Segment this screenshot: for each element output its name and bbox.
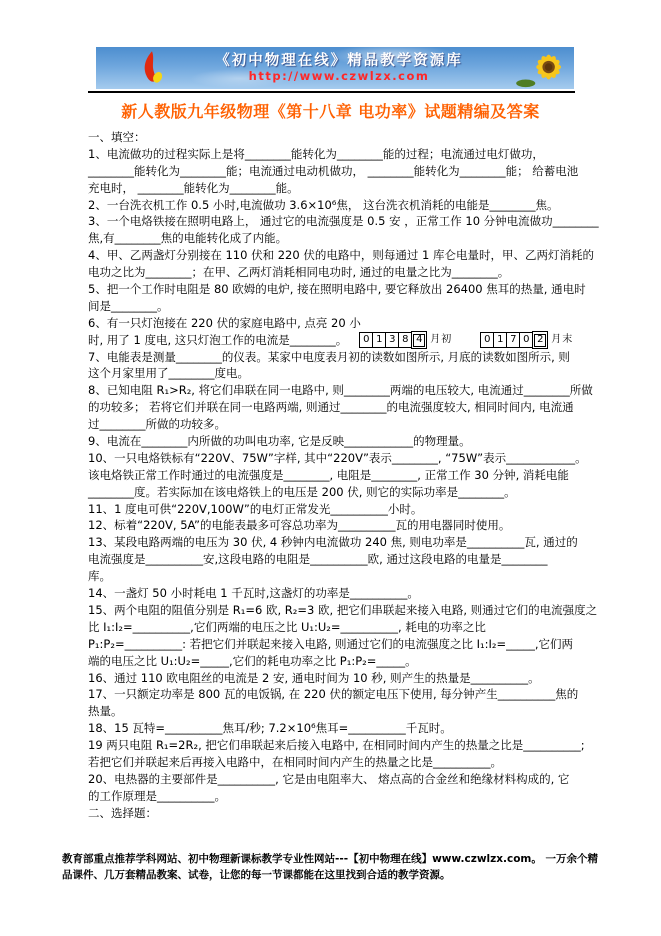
text-line: 13、某段电路两端的电压为 30 伏, 4 秒钟内电流做功 240 焦, 则电功… — [88, 534, 588, 551]
electric-meter-month-end: 01702月末 — [480, 331, 573, 349]
text-line: 3、一个电烙铁接在照明电路上， 通过它的电流强度是 0.5 安 ，正常工作 10… — [88, 213, 588, 230]
line-text: 的工作原理是__________。 — [88, 789, 226, 803]
line-text: 1、电流做功的过程实际上是将________能转化为________能的过程；电… — [88, 147, 544, 161]
meter-digit: 4 — [411, 331, 427, 349]
text-line: 14、一盏灯 50 小时耗电 1 千瓦时,这盏灯的功率是__________。 — [88, 585, 588, 602]
line-text: 19 两只电阻 R₁=2R₂, 把它们串联起来后接入电路中, 在相同时间内产生的… — [88, 738, 585, 752]
meter-label: 月初 — [430, 332, 452, 349]
line-text: 10、一只电烙铁标有“220V、75W”字样, 其中“220V”表示______… — [88, 451, 587, 465]
text-line: 18、15 瓦特=__________焦耳/秒; 7.2×10⁶焦耳=_____… — [88, 720, 588, 737]
text-line: 的功较多； 若将它们并联在同一电路两端, 则通过________的电流强度较大,… — [88, 399, 588, 416]
line-text: 18、15 瓦特=__________焦耳/秒; 7.2×10⁶焦耳=_____… — [88, 721, 452, 735]
line-text: 二、选择题： — [88, 806, 157, 820]
text-line: 二、选择题： — [88, 805, 588, 822]
line-text: 端的电压之比 U₁:U₂=_____,它们的耗电功率之比 P₁:P₂=_____… — [88, 654, 417, 668]
meter-digit: 2 — [532, 331, 548, 349]
text-line: 的工作原理是__________。 — [88, 788, 588, 805]
footer-promo-text: 教育部重点推荐学科网站、初中物理新课标教学专业性网站---【初中物理在线】www… — [62, 852, 602, 883]
line-text: 5、把一个工作时电阻是 80 欧姆的电炉, 接在照明电路中, 要它释放出 264… — [88, 282, 586, 296]
document-body: 一、填空：1、电流做功的过程实际上是将________能转化为________能… — [88, 129, 588, 822]
text-line: 16、通过 110 欧电阻丝的电流是 2 安, 通电时间为 10 秒, 则产生的… — [88, 670, 588, 687]
meter-digit: 1 — [372, 332, 386, 348]
text-line: 若把它们并联起来后再接入电路中，在相同时间内产生的热量之比是__________… — [88, 754, 588, 771]
meter-digit: 1 — [493, 332, 507, 348]
text-line: 17、一只额定功率是 800 瓦的电饭锅, 在 220 伏的额定电压下使用, 每… — [88, 686, 588, 703]
text-line: 19 两只电阻 R₁=2R₂, 把它们串联起来后接入电路中, 在相同时间内产生的… — [88, 737, 588, 754]
line-text: 13、某段电路两端的电压为 30 伏, 4 秒钟内电流做功 240 焦, 则电功… — [88, 535, 578, 549]
line-text: 电流强度是__________安,这段电路的电阻是__________欧, 通过… — [88, 552, 547, 566]
line-text: 这个月家里用了________度电。 — [88, 366, 249, 380]
line-text: ________能转化为________能；电流通过电动机做功， _______… — [88, 164, 578, 178]
line-text: 9、电流在________内所做的功叫电功率, 它是反映____________… — [88, 434, 471, 448]
text-line: 7、电能表是测量________的仪表。某家中电度表月初的读数如图所示, 月底的… — [88, 349, 588, 366]
meter-label: 月末 — [551, 332, 573, 349]
text-line: P₁:P₂=__________: 若把它们并联起来接入电路, 则通过它们的电流… — [88, 636, 588, 653]
meter-digit: 0 — [519, 332, 533, 348]
line-text: 14、一盏灯 50 小时耗电 1 千瓦时,这盏灯的功率是__________。 — [88, 586, 419, 600]
site-url: http://www.czwlzx.com — [166, 71, 512, 83]
meter-digit: 8 — [398, 332, 412, 348]
text-line: 12、标着“220V, 5A”的电能表最多可容总功率为__________瓦的用… — [88, 517, 588, 534]
line-text: 库。 — [88, 569, 111, 583]
text-line: 电功之比为________；在甲、乙两灯消耗相同电功时, 通过的电量之比为___… — [88, 264, 588, 281]
meter-digit: 3 — [385, 332, 399, 348]
text-line: 8、已知电阻 R₁>R₂, 将它们串联在同一电路中, 则________两端的电… — [88, 382, 588, 399]
text-line: 11、1 度电可供“220V,100W”的电灯正常发光__________小时。 — [88, 501, 588, 518]
line-text: 该电烙铁正常工作时通过的电流强度是________, 电阻是________, … — [88, 468, 569, 482]
text-line: 2、一台洗衣机工作 0.5 小时,电流做功 3.6×10⁶焦， 这台洗衣机消耗的… — [88, 197, 588, 214]
line-text: 17、一只额定功率是 800 瓦的电饭锅, 在 220 伏的额定电压下使用, 每… — [88, 687, 578, 701]
site-logo-icon — [138, 50, 166, 86]
text-line: 10、一只电烙铁标有“220V、75W”字样, 其中“220V”表示______… — [88, 450, 588, 467]
text-line: ________度。若实际加在该电烙铁上的电压是 200 伏, 则它的实际功率是… — [88, 484, 588, 501]
line-text: 时, 用了 1 度电, 这只灯泡工作的电流是________。 — [88, 332, 347, 349]
sunflower-icon — [512, 47, 570, 89]
text-line: 过________所做的功较多。 — [88, 416, 588, 433]
line-text: 过________所做的功较多。 — [88, 417, 226, 431]
line-text: 15、两个电阻的阻值分别是 R₁=6 欧, R₂=3 欧, 把它们串联起来接入电… — [88, 603, 597, 617]
text-line: 比 I₁:I₂=__________,它们两端的电压之比 U₁:U₂=_____… — [88, 619, 588, 636]
text-line: 这个月家里用了________度电。 — [88, 365, 588, 382]
banner-text-block: 《初中物理在线》精品教学资源库 http://www.czwlzx.com — [166, 54, 512, 83]
electric-meter-month-start: 01384月初 — [359, 331, 452, 349]
text-line: 该电烙铁正常工作时通过的电流强度是________, 电阻是________, … — [88, 467, 588, 484]
line-text: P₁:P₂=__________: 若把它们并联起来接入电路, 则通过它们的电流… — [88, 637, 573, 651]
line-text: 充电时， ________能转化为________能。 — [88, 181, 299, 195]
meter-digit: 7 — [506, 332, 520, 348]
text-line: 库。 — [88, 568, 588, 585]
text-line: 6、有一只灯泡接在 220 伏的家庭电路中, 点亮 20 小 — [88, 315, 588, 332]
line-text: 比 I₁:I₂=__________,它们两端的电压之比 U₁:U₂=_____… — [88, 620, 486, 634]
line-text: 3、一个电烙铁接在照明电路上， 通过它的电流强度是 0.5 安 ，正常工作 10… — [88, 214, 599, 228]
site-banner: 《初中物理在线》精品教学资源库 http://www.czwlzx.com — [96, 47, 574, 89]
text-line: 9、电流在________内所做的功叫电功率, 它是反映____________… — [88, 433, 588, 450]
line-text: 16、通过 110 欧电阻丝的电流是 2 安, 通电时间为 10 秒, 则产生的… — [88, 671, 540, 685]
question-line-with-meters: 时, 用了 1 度电, 这只灯泡工作的电流是________。01384月初01… — [88, 332, 588, 349]
line-text: 4、甲、乙两盏灯分别接在 110 伏和 220 伏的电路中，则每通过 1 库仑电… — [88, 248, 594, 262]
text-line: 充电时， ________能转化为________能。 — [88, 180, 588, 197]
line-text: 2、一台洗衣机工作 0.5 小时,电流做功 3.6×10⁶焦， 这台洗衣机消耗的… — [88, 198, 559, 212]
meter-digit: 0 — [359, 332, 373, 348]
document-page: 《初中物理在线》精品教学资源库 http://www.czwlzx.com 新人… — [0, 0, 661, 936]
text-line: 端的电压之比 U₁:U₂=_____,它们的耗电功率之比 P₁:P₂=_____… — [88, 653, 588, 670]
line-text: 11、1 度电可供“220V,100W”的电灯正常发光__________小时。 — [88, 502, 422, 516]
text-line: 电流强度是__________安,这段电路的电阻是__________欧, 通过… — [88, 551, 588, 568]
line-text: 热量。 — [88, 704, 123, 718]
line-text: 20、电热器的主要部件是__________, 它是由电阻率大、 熔点高的合金丝… — [88, 772, 569, 786]
line-text: 12、标着“220V, 5A”的电能表最多可容总功率为__________瓦的用… — [88, 518, 510, 532]
text-line: ________能转化为________能；电流通过电动机做功， _______… — [88, 163, 588, 180]
line-text: 间是________。 — [88, 299, 169, 313]
line-text: 焦,有________焦的电能转化成了内能。 — [88, 231, 287, 245]
text-line: 5、把一个工作时电阻是 80 欧姆的电炉, 接在照明电路中, 要它释放出 264… — [88, 281, 588, 298]
text-line: 热量。 — [88, 703, 588, 720]
text-line: 1、电流做功的过程实际上是将________能转化为________能的过程；电… — [88, 146, 588, 163]
meter-digit: 0 — [480, 332, 494, 348]
text-line: 4、甲、乙两盏灯分别接在 110 伏和 220 伏的电路中，则每通过 1 库仑电… — [88, 247, 588, 264]
line-text: 6、有一只灯泡接在 220 伏的家庭电路中, 点亮 20 小 — [88, 316, 361, 330]
line-text: ________度。若实际加在该电烙铁上的电压是 200 伏, 则它的实际功率是… — [88, 485, 516, 499]
site-title: 《初中物理在线》精品教学资源库 — [166, 54, 512, 69]
text-line: 间是________。 — [88, 298, 588, 315]
page-title: 新人教版九年级物理《第十八章 电功率》试题精编及答案 — [0, 99, 661, 122]
text-line: 20、电热器的主要部件是__________, 它是由电阻率大、 熔点高的合金丝… — [88, 771, 588, 788]
line-text: 若把它们并联起来后再接入电路中，在相同时间内产生的热量之比是__________… — [88, 755, 502, 769]
text-line: 15、两个电阻的阻值分别是 R₁=6 欧, R₂=3 欧, 把它们串联起来接入电… — [88, 602, 588, 619]
line-text: 电功之比为________；在甲、乙两灯消耗相同电功时, 通过的电量之比为___… — [88, 265, 509, 279]
line-text: 7、电能表是测量________的仪表。某家中电度表月初的读数如图所示, 月底的… — [88, 350, 570, 364]
line-text: 的功较多； 若将它们并联在同一电路两端, 则通过________的电流强度较大,… — [88, 400, 574, 414]
line-text: 8、已知电阻 R₁>R₂, 将它们串联在同一电路中, 则________两端的电… — [88, 383, 593, 397]
header-divider-line — [88, 91, 575, 93]
line-text: 一、填空： — [88, 130, 146, 144]
text-line: 一、填空： — [88, 129, 588, 146]
text-line: 焦,有________焦的电能转化成了内能。 — [88, 230, 588, 247]
